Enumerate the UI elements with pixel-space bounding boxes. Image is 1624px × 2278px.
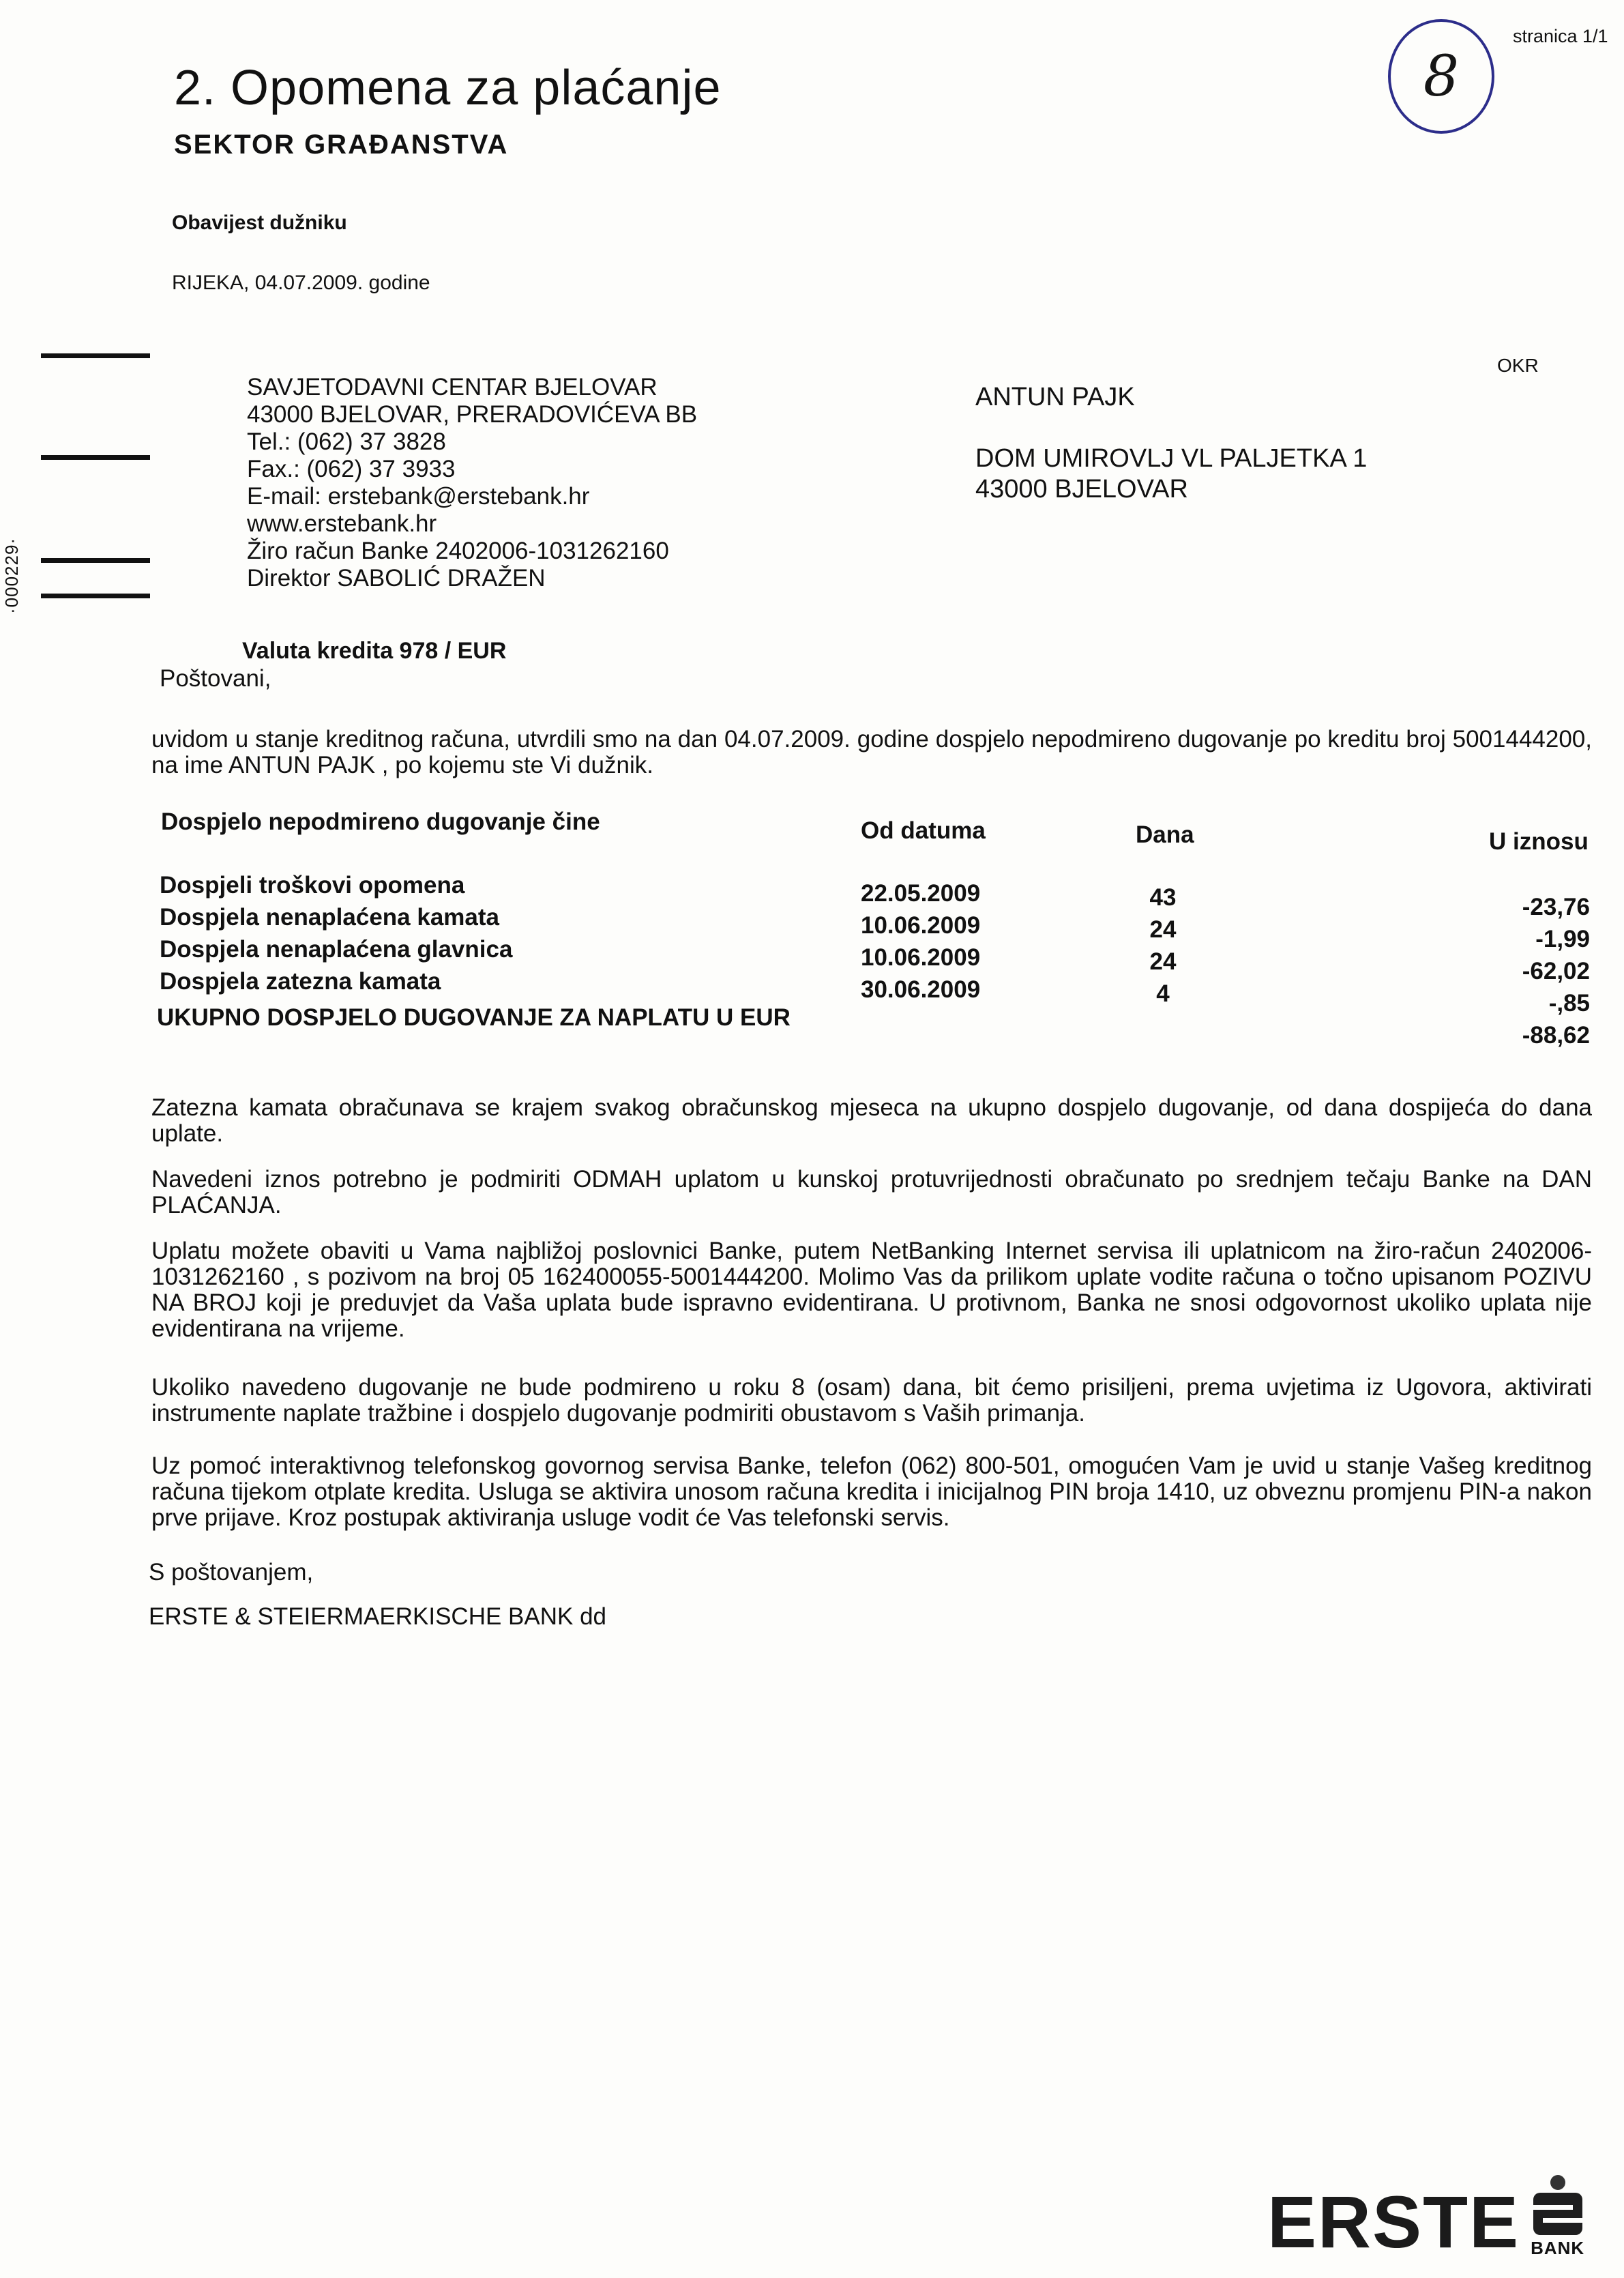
logo-wordmark: ERSTE [1267,2185,1520,2259]
greeting: Poštovani, [160,665,271,692]
emblem-dot [1550,2175,1565,2190]
row-date: 10.06.2009 [861,944,980,972]
recipient-address-line1: DOM UMIROVLJ VL PALJETKA 1 [975,443,1367,474]
handwritten-number-stamp: 8 [1388,19,1494,134]
margin-mark [41,558,150,563]
sender-website: www.erstebank.hr [247,510,697,538]
total-amount: -88,62 [1522,1022,1590,1049]
payment-paragraph: Navedeni iznos potrebno je podmiriti ODM… [151,1167,1592,1218]
payment-method-paragraph: Uplatu možete obaviti u Vama najbližoj p… [151,1238,1592,1342]
page-indicator: stranica 1/1 [1513,26,1608,47]
side-document-code: ·000229· [1,538,23,614]
stamp-number: 8 [1423,44,1459,109]
closing: S poštovanjem, [149,1559,313,1586]
sender-phone: Tel.: (062) 37 3828 [247,428,697,456]
column-header-date: Od datuma [861,817,986,845]
row-days: 4 [1146,980,1180,1008]
document-title: 2. Opomena za plaćanje [174,60,722,116]
row-label: Dospjela nenaplaćena glavnica [160,936,512,963]
margin-mark [41,353,150,358]
notice-label: Obavijest dužniku [172,211,347,235]
emblem-s-shape [1533,2193,1582,2235]
row-date: 30.06.2009 [861,976,980,1004]
interest-paragraph: Zatezna kamata obračunava se krajem svak… [151,1095,1592,1147]
sender-email: E-mail: erstebank@erstebank.hr [247,483,697,510]
row-label: Dospjela zatezna kamata [160,968,441,995]
okr-code: OKR [1497,355,1539,377]
recipient-name: ANTUN PAJK [975,382,1367,413]
margin-mark [41,455,150,460]
row-date: 22.05.2009 [861,880,980,907]
loan-currency: Valuta kredita 978 / EUR [242,638,506,665]
row-days: 43 [1146,884,1180,911]
row-amount: -23,76 [1522,894,1590,921]
row-days: 24 [1146,916,1180,944]
sector-heading: SEKTOR GRAĐANSTVA [174,130,508,160]
row-days: 24 [1146,948,1180,976]
sender-block: SAVJETODAVNI CENTAR BJELOVAR 43000 BJELO… [247,374,697,592]
row-amount: -62,02 [1522,958,1590,985]
sender-address: 43000 BJELOVAR, PRERADOVIĆEVA BB [247,401,697,428]
erste-s-emblem-icon: BANK [1531,2175,1584,2259]
margin-mark [41,594,150,598]
phone-service-paragraph: Uz pomoć interaktivnog telefonskog govor… [151,1453,1592,1531]
bank-signature: ERSTE & STEIERMAERKISCHE BANK dd [149,1603,606,1631]
warning-paragraph: Ukoliko navedeno dugovanje ne bude podmi… [151,1375,1592,1427]
sender-director: Direktor SABOLIĆ DRAŽEN [247,565,697,592]
total-label: UKUPNO DOSPJELO DUGOVANJE ZA NAPLATU U E… [157,1004,791,1032]
column-header-label: Dospjelo nepodmireno dugovanje čine [161,808,600,836]
sender-fax: Fax.: (062) 37 3933 [247,456,697,483]
sender-name: SAVJETODAVNI CENTAR BJELOVAR [247,374,697,401]
recipient-address-line2: 43000 BJELOVAR [975,474,1367,505]
row-amount: -,85 [1549,990,1590,1017]
logo-bank-label: BANK [1531,2238,1584,2259]
column-header-days: Dana [1136,821,1194,849]
intro-paragraph: uvidom u stanje kreditnog računa, utvrdi… [151,727,1592,778]
sender-bank-account: Žiro račun Banke 2402006-1031262160 [247,538,697,565]
recipient-block: ANTUN PAJK DOM UMIROVLJ VL PALJETKA 1 43… [975,382,1367,505]
erste-bank-logo: ERSTE BANK [1267,2175,1584,2259]
place-date: RIJEKA, 04.07.2009. godine [172,272,430,295]
row-label: Dospjeli troškovi opomena [160,872,464,899]
row-amount: -1,99 [1535,926,1590,953]
row-label: Dospjela nenaplaćena kamata [160,904,499,931]
row-date: 10.06.2009 [861,912,980,939]
column-header-amount: U iznosu [1489,828,1589,856]
